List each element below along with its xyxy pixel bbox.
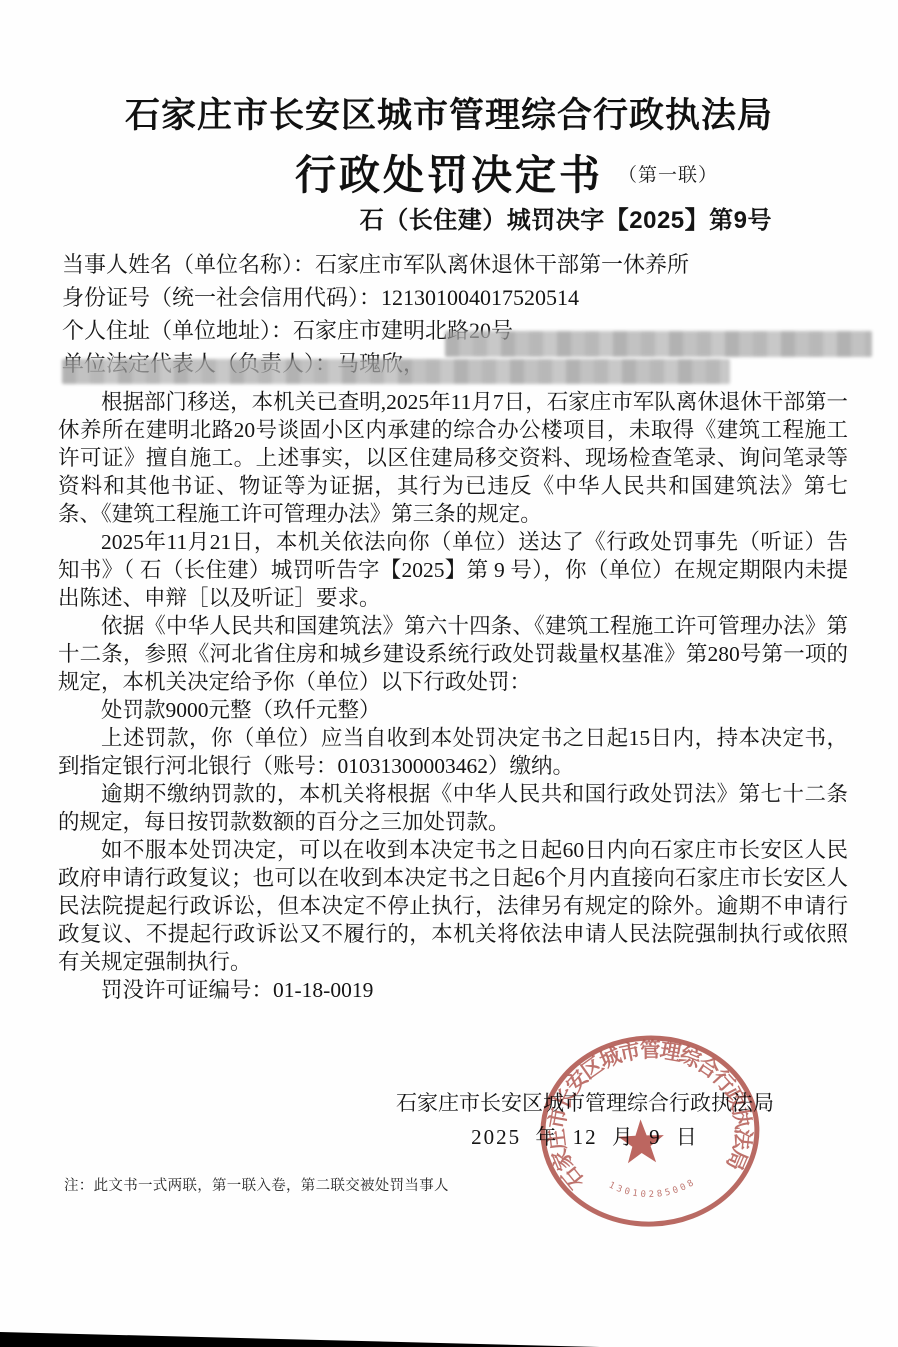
agency-title: 石家庄市长安区城市管理综合行政执法局 [0,88,898,138]
paragraph-notice: 2025年11月21日，本机关依法向你（单位）送达了《行政处罚事先（听证）告知书… [58,528,848,612]
redaction-blur [62,359,730,384]
party-name-line: 当事人姓名（单位名称）：石家庄市军队离休退休干部第一休养所 [62,248,848,281]
paragraph-license-number: 罚没许可证编号：01-18-0019 [58,976,848,1004]
footer-note: 注：此文书一式两联，第一联入卷，第二联交被处罚当事人 [64,1174,449,1195]
seal-star-icon [618,1119,665,1164]
paragraph-penalty-amount: 处罚款9000元整（玖仟元整） [58,696,848,724]
penalty-decision-document: 石家庄市长安区城市管理综合行政执法局 行政处罚决定书 （第一联） 石（长住建）城… [0,0,898,1347]
party-id-line: 身份证号（统一社会信用代码）：121301004017520514 [62,281,848,314]
paragraph-findings: 根据部门移送，本机关已查明,2025年11月7日，石家庄市军队离休退休干部第一休… [58,388,848,528]
seal-arc-text: 石家庄市长安区城市管理综合行政执法局 [541,1034,758,1194]
paragraph-legal-basis: 依据《中华人民共和国建筑法》第六十四条、《建筑工程施工许可管理办法》第十二条，参… [58,612,848,696]
scan-edge-artifact [0,1332,600,1347]
document-title: 行政处罚决定书 [0,142,898,201]
paragraph-late-payment: 逾期不缴纳罚款的，本机关将根据《中华人民共和国行政处罚法》第七十二条的规定，每日… [58,780,848,836]
paragraph-appeal-rights: 如不服本处罚决定，可以在收到本决定书之日起60日内向石家庄市长安区人民政府申请行… [58,836,848,976]
redaction-blur [445,331,872,357]
paragraph-payment: 上述罚款，你（单位）应当自收到本处罚决定书之日起15日内，持本决定书，到指定银行… [58,724,848,780]
copy-label: （第一联） [618,160,718,187]
document-number: 石（长住建）城罚决字【2025】第9号 [0,200,772,235]
official-seal: 石家庄市长安区城市管理综合行政执法局 1301028500884 [533,1027,770,1240]
decision-body: 根据部门移送，本机关已查明,2025年11月7日，石家庄市军队离休退休干部第一休… [58,388,848,1004]
svg-text:石家庄市长安区城市管理综合行政执法局: 石家庄市长安区城市管理综合行政执法局 [541,1034,758,1194]
